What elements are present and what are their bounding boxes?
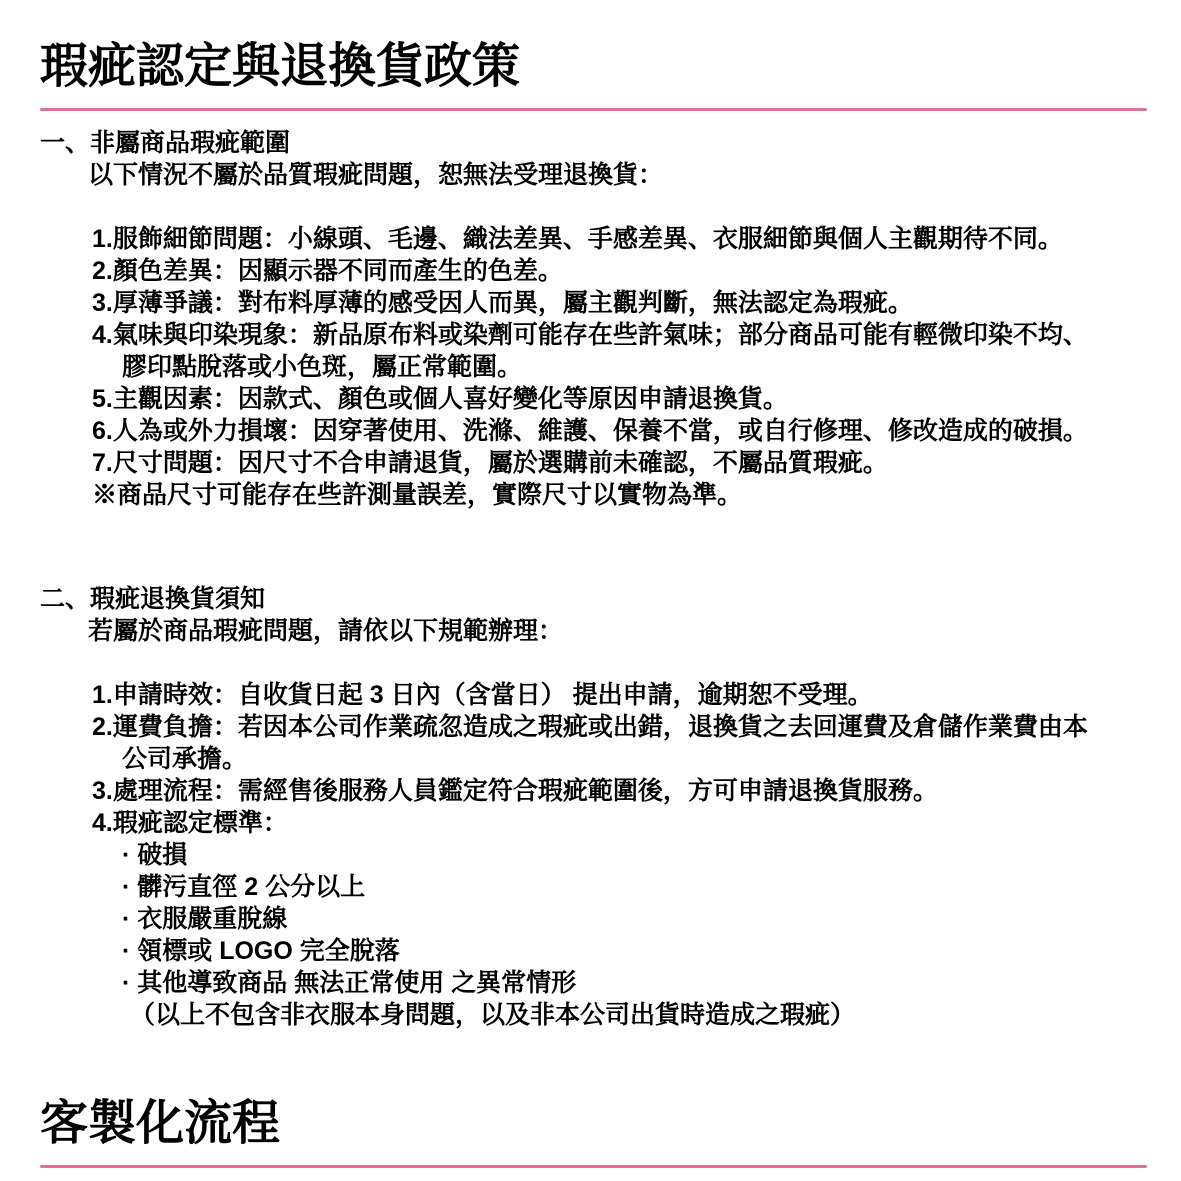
list-item: 3.厚薄爭議：對布料厚薄的感受因人而異，屬主觀判斷，無法認定為瑕疵。 [40,287,1147,319]
page-title: 瑕疵認定與退換貨政策 [40,40,1147,94]
section-defect-return-notice: 二、瑕疵退換貨須知 若屬於商品瑕疵問題，請依以下規範辦理： 1.申請時效：自收貨… [40,583,1147,1031]
list-item: 2.顏色差異：因顯示器不同而產生的色差。 [40,255,1147,287]
bullet-note: （以上不包含非衣服本身問題，以及非本公司出貨時造成之瑕疵） [40,999,1147,1031]
bullet-item: · 髒污直徑 2 公分以上 [40,871,1147,903]
list-item: 1.服飾細節問題：小線頭、毛邊、織法差異、手感差異、衣服細節與個人主觀期待不同。 [40,223,1147,255]
list-item: 2.運費負擔：若因本公司作業疏忽造成之瑕疵或出錯，退換貨之去回運費及倉儲作業費由… [40,711,1147,743]
bullet-item: · 領標或 LOGO 完全脫落 [40,935,1147,967]
section-heading: 一、非屬商品瑕疵範圍 [40,127,1147,159]
list-item: 1.申請時效：自收貨日起 3 日內（含當日） 提出申請，逾期恕不受理。 [40,679,1147,711]
list-item: 4.氣味與印染現象：新品原布料或染劑可能存在些許氣味；部分商品可能有輕微印染不均… [40,319,1147,351]
customization-section-title: 客製化流程 [40,1097,1147,1151]
section-intro: 若屬於商品瑕疵問題，請依以下規範辦理： [40,615,1147,647]
bullet-item: · 其他導致商品 無法正常使用 之異常情形 [40,967,1147,999]
list-item: 6.人為或外力損壞：因穿著使用、洗滌、維護、保養不當，或自行修理、修改造成的破損… [40,415,1147,447]
bullet-item: · 衣服嚴重脫線 [40,903,1147,935]
list-item-continuation: 公司承擔。 [40,743,1147,775]
section-heading: 二、瑕疵退換貨須知 [40,583,1147,615]
bullet-item: · 破損 [40,839,1147,871]
list-item: 4.瑕疵認定標準： [40,807,1147,839]
section-intro: 以下情況不屬於品質瑕疵問題，恕無法受理退換貨： [40,159,1147,191]
list-item: 7.尺寸問題：因尺寸不合申請退貨，屬於選購前未確認，不屬品質瑕疵。 [40,447,1147,479]
footnote-measurement-tolerance: ※商品尺寸可能存在些許測量誤差，實際尺寸以實物為準。 [40,479,1147,511]
section-non-defect-scope: 一、非屬商品瑕疵範圍 以下情況不屬於品質瑕疵問題，恕無法受理退換貨： 1.服飾細… [40,127,1147,511]
customization-title-divider [40,1165,1147,1168]
list-item-continuation: 膠印點脫落或小色斑，屬正常範圍。 [40,351,1147,383]
policy-document-page: 瑕疵認定與退換貨政策 一、非屬商品瑕疵範圍 以下情況不屬於品質瑕疵問題，恕無法受… [0,0,1181,1181]
list-item: 5.主觀因素：因款式、顏色或個人喜好變化等原因申請退換貨。 [40,383,1147,415]
non-defect-item-list: 1.服飾細節問題：小線頭、毛邊、織法差異、手感差異、衣服細節與個人主觀期待不同。… [40,223,1147,511]
defect-return-item-list: 1.申請時效：自收貨日起 3 日內（含當日） 提出申請，逾期恕不受理。 2.運費… [40,679,1147,1031]
list-item: 3.處理流程：需經售後服務人員鑑定符合瑕疵範圍後，方可申請退換貨服務。 [40,775,1147,807]
title-divider [40,108,1147,111]
